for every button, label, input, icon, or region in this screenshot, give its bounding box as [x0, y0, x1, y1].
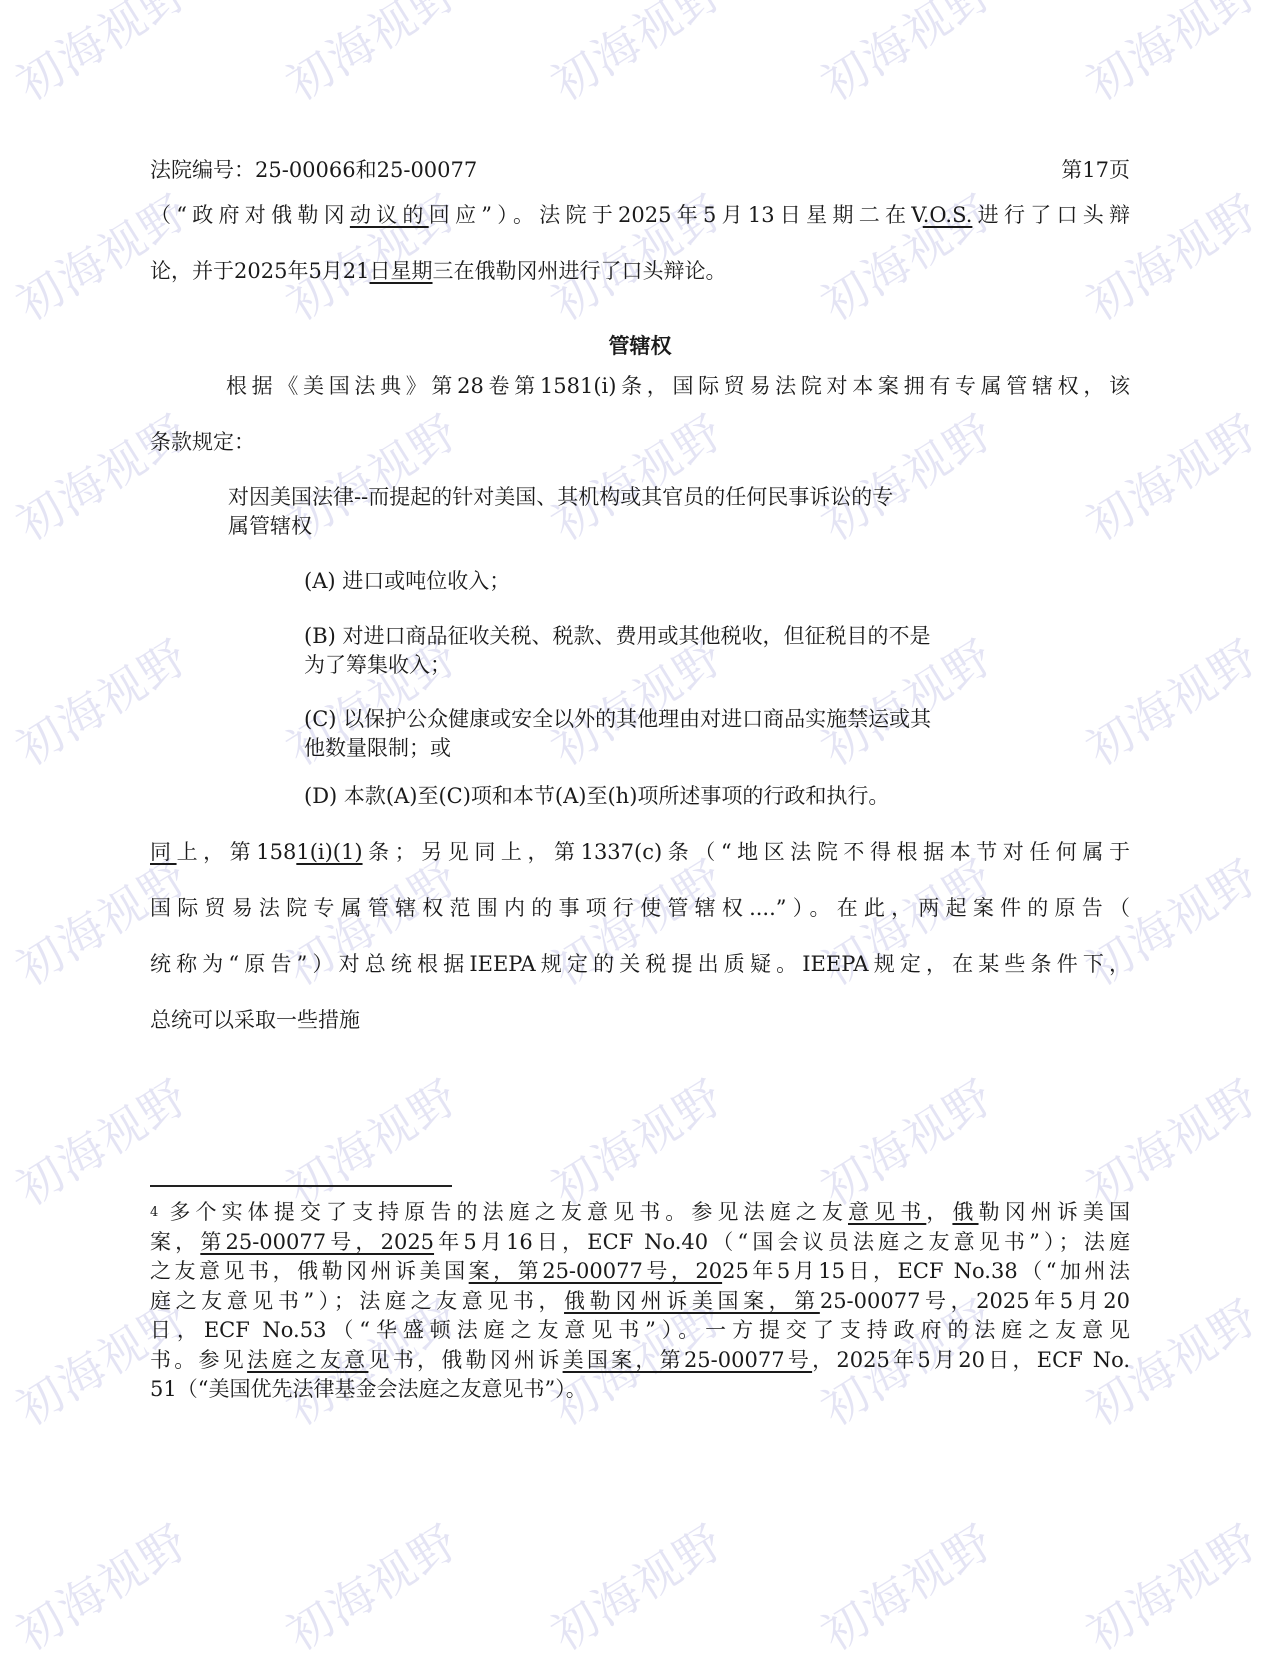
- footnote-separator: [150, 1185, 452, 1187]
- text-span: 年5月16日，ECF No.40（“国会议员法庭之友意见书”）；法庭: [434, 1230, 1130, 1254]
- paragraph-1-line-1: （“政府对俄勒冈动议的回应”）。法院于2025年5月13日星期二在V.O.S.进…: [150, 201, 1130, 229]
- text-span: 回应”）。法院于2025年5月13日星期二在V: [429, 203, 923, 227]
- footnote-line: 51（“美国优先法律基金会法庭之友意见书”）。: [150, 1375, 1130, 1405]
- text-span: 进行了口头辩: [972, 203, 1130, 227]
- block-quote-intro: 对因美国法律--而提起的针对美国、其机构或其官员的任何民事诉讼的专 属管辖权: [228, 483, 1058, 541]
- underlined-text: 美国案，第25-00077号: [563, 1348, 813, 1372]
- footnote-line: 案，第25-00077号，2025年5月16日，ECF No.40（“国会议员法…: [150, 1228, 1130, 1258]
- footnote-line: 之友意见书，俄勒冈州诉美国案，第25-00077号，2025年5月15日，ECF…: [150, 1257, 1130, 1287]
- underlined-text: 动议的: [350, 203, 429, 227]
- underlined-text: 意见书: [848, 1200, 926, 1224]
- text-span: 之友意见书，俄勒冈州诉美国: [150, 1259, 469, 1283]
- item-label: (A): [304, 569, 336, 593]
- paragraph-2-line-1: 根据《美国法典》第28卷第1581(i)条，国际贸易法院对本案拥有专属管辖权，该: [226, 372, 1130, 400]
- underlined-text: 意: [344, 1348, 368, 1372]
- footnote-line: 庭之友意见书”）；法庭之友意见书，俄勒冈州诉美国案，第25-00077号，202…: [150, 1287, 1130, 1317]
- text-span: 庭之友意见书”）；法庭之友意见书，: [150, 1289, 564, 1313]
- paragraph-1-line-2: 论，并于2025年5月21日星期三在俄勒冈州进行了口头辩论。: [150, 257, 1130, 285]
- paragraph-3-line-2: 国际贸易法院专属管辖权范围内的事项行使管辖权....”）。在此，两起案件的原告（: [150, 894, 1130, 922]
- paragraph-3-line-1: 同上，第1581(i)(1)条；另见同上，第1337(c)条（“地区法院不得根据…: [150, 838, 1130, 866]
- underlined-text: 法庭之友: [247, 1348, 344, 1372]
- statute-item-d: (D) 本款(A)至(C)项和本节(A)至(h)项所述事项的行政和执行。: [304, 782, 1064, 811]
- item-label: (D): [304, 784, 337, 808]
- underlined-text: 俄: [952, 1200, 978, 1224]
- item-text: 以保护公众健康或安全以外的其他理由对进口商品实施禁运或其: [343, 707, 931, 731]
- item-text: 为了筹集收入；: [304, 651, 1064, 680]
- footnote-line: 4多个实体提交了支持原告的法庭之友意见书。参见法庭之友意见书，俄勒冈州诉美国: [150, 1198, 1130, 1228]
- item-text: 本款(A)至(C)项和本节(A)至(h)项所述事项的行政和执行。: [344, 784, 889, 808]
- paragraph-2-line-2: 条款规定：: [150, 428, 1130, 456]
- text-span: 三在俄勒冈州进行了口头辩论。: [433, 259, 727, 283]
- underlined-text: 1(i)(1): [296, 840, 362, 864]
- text-span: 25-00077号，2025年5月20: [820, 1289, 1130, 1313]
- text-span: 案，: [150, 1230, 200, 1254]
- footnote-line: 日，ECF No.53（“华盛顿法庭之友意见书”）。一方提交了支持政府的法庭之友…: [150, 1316, 1130, 1346]
- item-label: (B): [304, 624, 336, 648]
- underlined-text: .O.S.: [923, 203, 973, 227]
- paragraph-3-line-4: 总统可以采取一些措施: [150, 1006, 1130, 1034]
- underlined-text: 俄勒冈州诉美国案，第: [564, 1289, 820, 1313]
- text-span: ，2025年5月20日，ECF No.: [812, 1348, 1130, 1372]
- footnote-line: 书。参见法庭之友意见书，俄勒冈州诉美国案，第25-00077号，2025年5月2…: [150, 1346, 1130, 1376]
- text-span: 25年5月15日，ECF No.38（“加州法: [722, 1259, 1130, 1283]
- text-span: 上，第158: [177, 840, 297, 864]
- quote-line: 对因美国法律--而提起的针对美国、其机构或其官员的任何民事诉讼的专: [228, 483, 1058, 512]
- case-number: 法院编号：25-00066和25-00077: [150, 154, 477, 184]
- statute-item-a: (A) 进口或吨位收入；: [304, 567, 1064, 596]
- underlined-text: 第25-00077号，2025: [200, 1230, 434, 1254]
- text-span: 论，并于2025年5月21: [150, 259, 370, 283]
- footnote: 4多个实体提交了支持原告的法庭之友意见书。参见法庭之友意见书，俄勒冈州诉美国 案…: [150, 1198, 1130, 1405]
- section-heading: 管辖权: [0, 330, 1280, 360]
- item-text: 对进口商品征收关税、税款、费用或其他税收，但征税目的不是: [343, 624, 931, 648]
- page-number: 第17页: [1061, 154, 1130, 184]
- statute-item-b: (B) 对进口商品征收关税、税款、费用或其他税收，但征税目的不是 为了筹集收入；: [304, 622, 1064, 680]
- text-span: ，: [926, 1200, 952, 1224]
- underlined-text: 日星期: [370, 259, 433, 283]
- quote-line: 属管辖权: [228, 512, 1058, 541]
- underlined-text: 同: [150, 840, 177, 864]
- footnote-number: 4: [150, 1205, 158, 1220]
- item-text: 进口或吨位收入；: [342, 569, 510, 593]
- text-span: 多个实体提交了支持原告的法庭之友意见书。参见法庭之友: [164, 1200, 848, 1224]
- text-span: 勒冈州诉美国: [979, 1200, 1131, 1224]
- text-span: 条；另见同上，第1337(c)条（“地区法院不得根据本节对任何属于: [363, 840, 1130, 864]
- item-label: (C): [304, 707, 336, 731]
- text-span: 书。参见: [150, 1348, 247, 1372]
- paragraph-3-line-3: 统称为“原告”）对总统根据IEEPA规定的关税提出质疑。IEEPA规定，在某些条…: [150, 950, 1130, 978]
- underlined-text: 案，第25-00077号，20: [469, 1259, 722, 1283]
- text-span: 见书，俄勒冈州诉: [368, 1348, 562, 1372]
- item-text: 他数量限制；或: [304, 734, 1064, 763]
- statute-item-c: (C) 以保护公众健康或安全以外的其他理由对进口商品实施禁运或其 他数量限制；或: [304, 705, 1064, 763]
- text-span: （“政府对俄勒冈: [150, 203, 350, 227]
- document-page: 法院编号：25-00066和25-00077 第17页 （“政府对俄勒冈动议的回…: [0, 0, 1280, 1656]
